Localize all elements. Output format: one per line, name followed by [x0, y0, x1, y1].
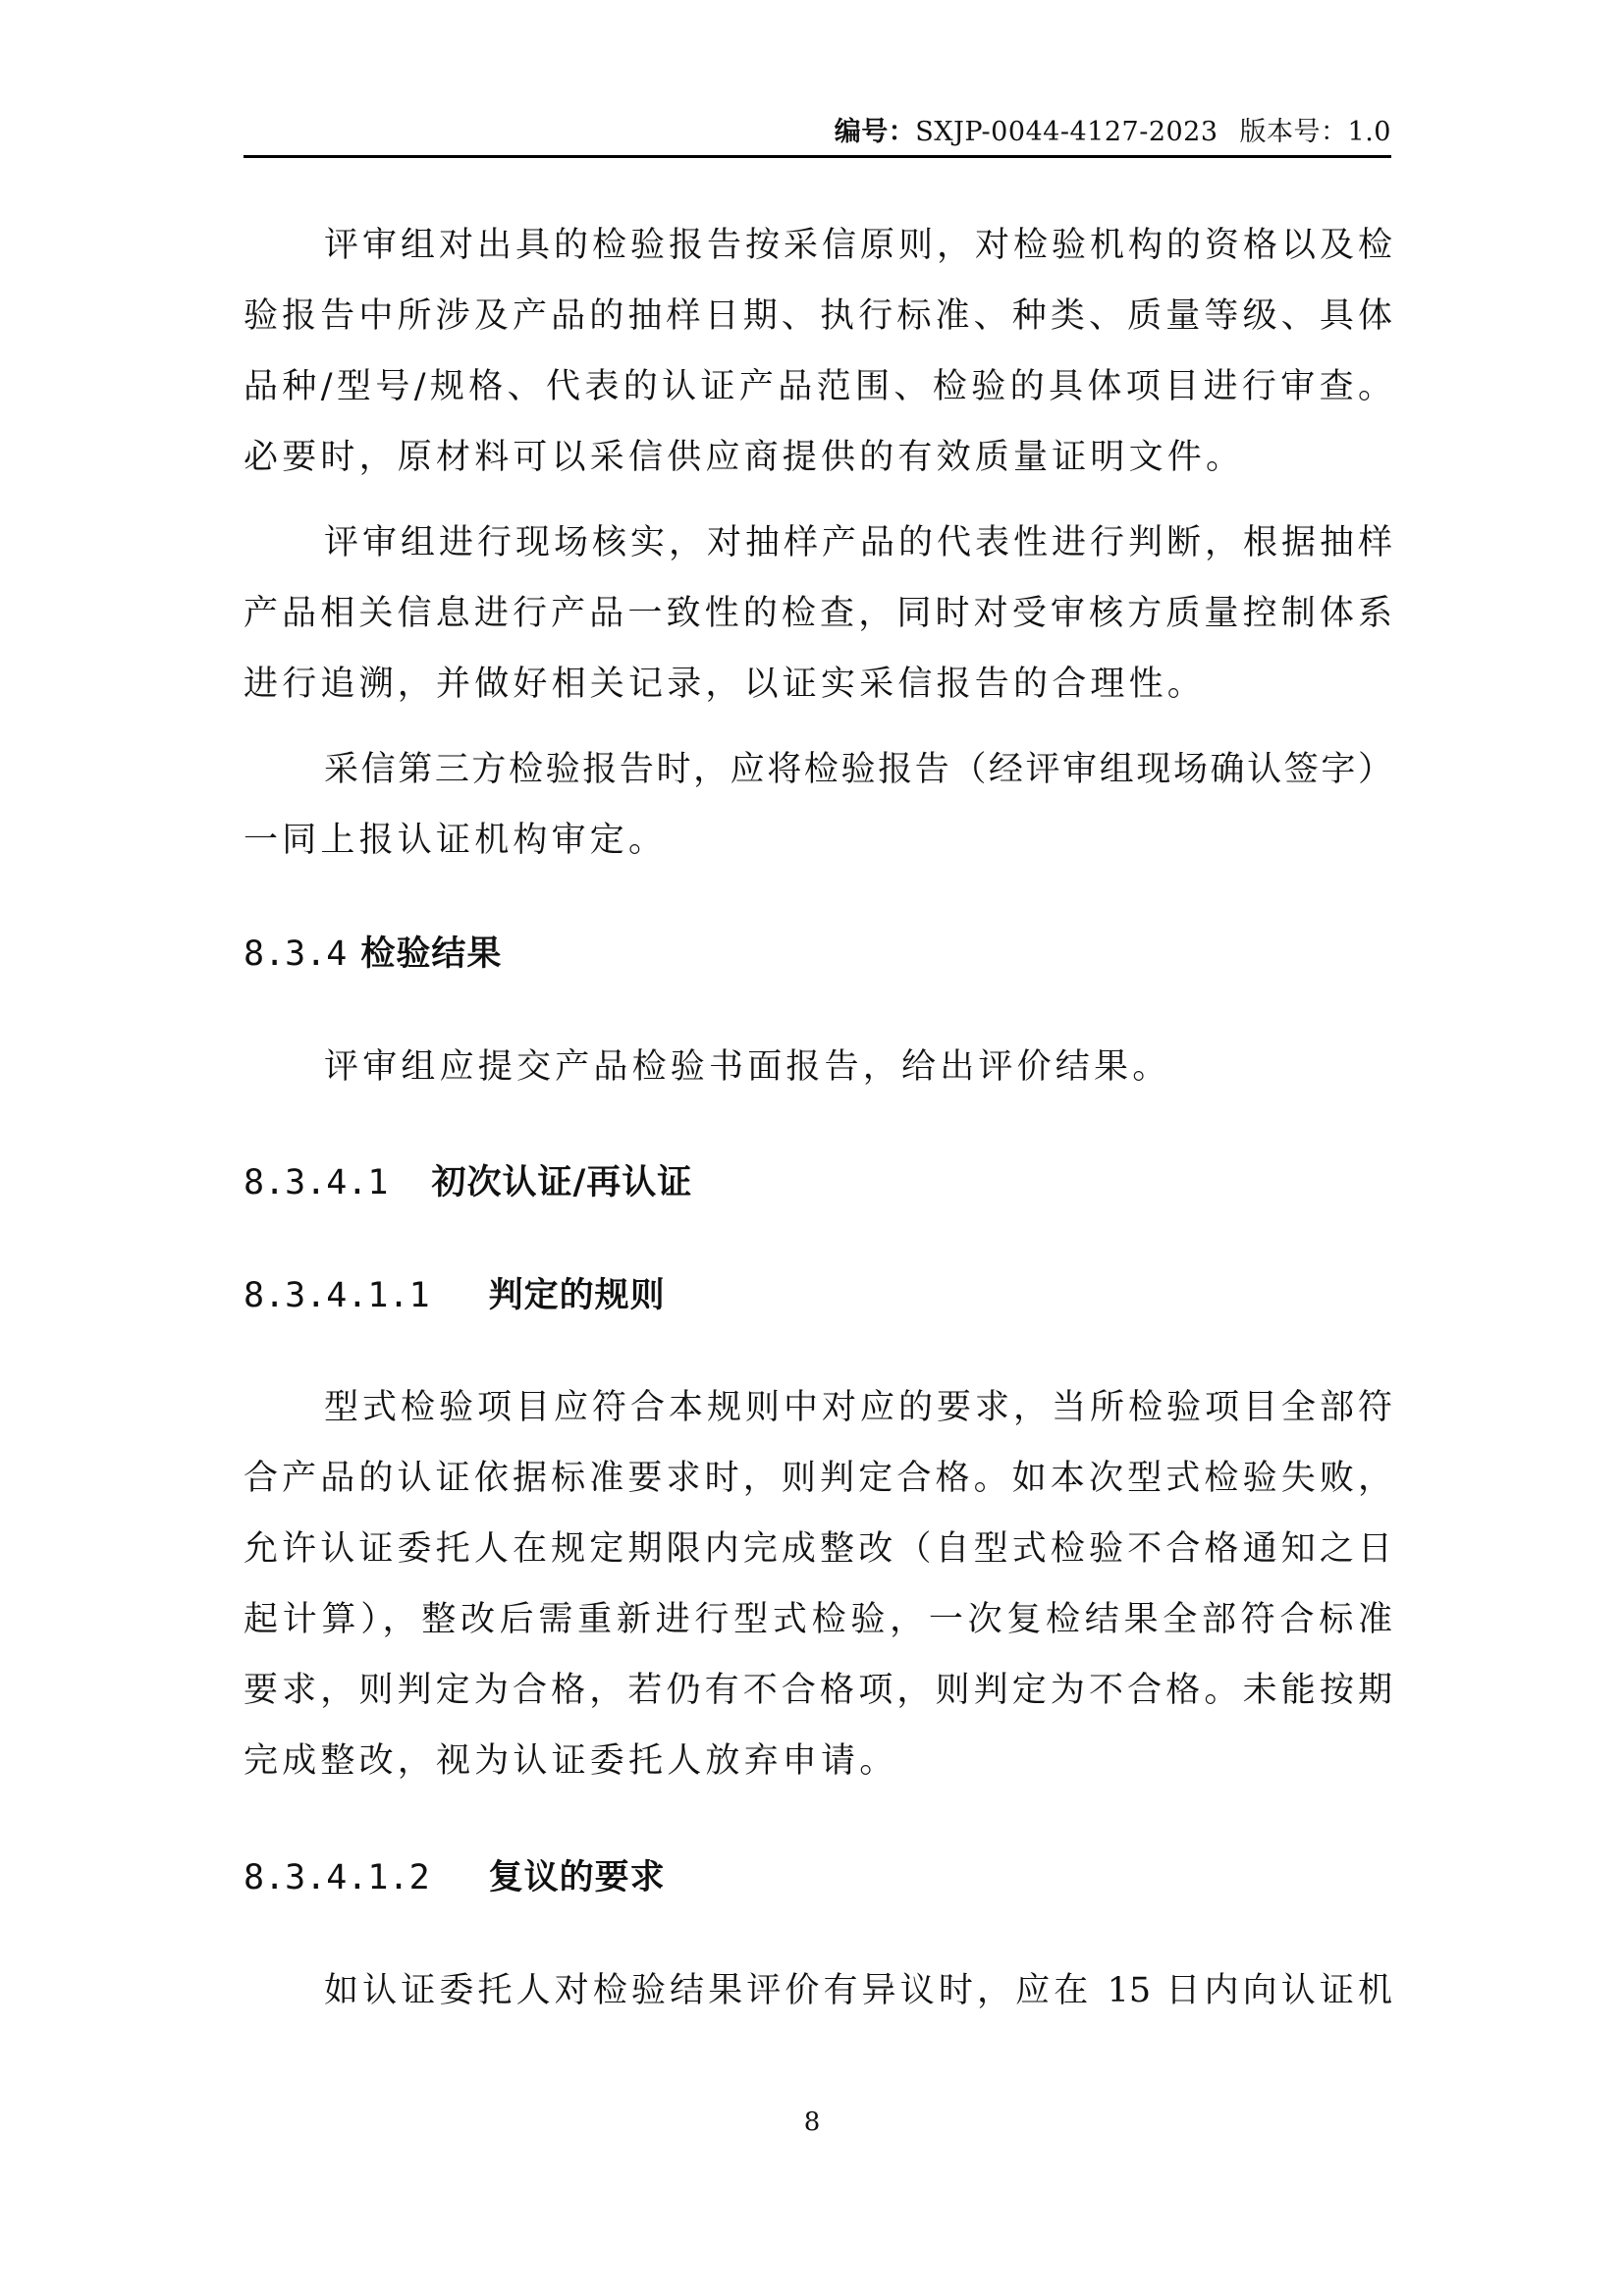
paragraph-line: 必要时，原材料可以采信供应商提供的有效质量证明文件。 — [244, 436, 1392, 479]
paragraph-line: 评审组应提交产品检验书面报告，给出评价结果。 — [324, 1045, 1392, 1089]
header-divider — [244, 155, 1391, 158]
section-title: 复议的要求 — [489, 1857, 666, 1897]
paragraph-line: 一同上报认证机构审定。 — [244, 819, 1392, 862]
section-heading-8-3-4-1-1: 8.3.4.1.1判定的规则 — [244, 1274, 666, 1317]
paragraph-line: 起计算），整改后需重新进行型式检验，一次复检结果全部符合标准 — [244, 1598, 1392, 1641]
section-number: 8.3.4.1 — [244, 1161, 389, 1204]
paragraph-line: 采信第三方检验报告时，应将检验报告（经评审组现场确认签字） — [324, 748, 1392, 791]
section-title: 初次认证/再认证 — [432, 1162, 693, 1202]
paragraph-line: 合产品的认证依据标准要求时，则判定合格。如本次型式检验失败， — [244, 1457, 1392, 1500]
paragraph-line: 型式检验项目应符合本规则中对应的要求，当所检验项目全部符 — [324, 1386, 1392, 1429]
section-heading-8-3-4-1: 8.3.4.1初次认证/再认证 — [244, 1161, 692, 1204]
section-number: 8.3.4 — [244, 933, 347, 976]
paragraph-line: 允许认证委托人在规定期限内完成整改（自型式检验不合格通知之日 — [244, 1527, 1392, 1571]
section-title: 判定的规则 — [489, 1275, 666, 1315]
paragraph-line: 评审组进行现场核实，对抽样产品的代表性进行判断，根据抽样 — [324, 521, 1392, 564]
doc-number: SXJP-0044-4127-2023 — [915, 117, 1218, 147]
section-heading-8-3-4-1-2: 8.3.4.1.2复议的要求 — [244, 1856, 666, 1899]
version-label: 版本号： — [1240, 117, 1348, 147]
section-title: 检验结果 — [360, 934, 502, 974]
paragraph-line: 评审组对出具的检验报告按采信原则，对检验机构的资格以及检 — [324, 224, 1392, 267]
doc-number-label: 编号： — [835, 117, 916, 147]
document-page: 编号：SXJP-0044-4127-2023版本号：1.0 评审组对出具的检验报… — [0, 0, 1624, 2296]
page-number: 8 — [0, 2107, 1624, 2138]
section-number: 8.3.4.1.2 — [244, 1856, 430, 1899]
section-number: 8.3.4.1.1 — [244, 1274, 430, 1317]
paragraph-line: 进行追溯，并做好相关记录，以证实采信报告的合理性。 — [244, 663, 1392, 706]
section-heading-8-3-4: 8.3.4检验结果 — [244, 933, 502, 976]
version-number: 1.0 — [1348, 117, 1391, 147]
paragraph-line: 产品相关信息进行产品一致性的检查，同时对受审核方质量控制体系 — [244, 592, 1392, 635]
paragraph-line: 如认证委托人对检验结果评价有异议时，应在 15 日内向认证机 — [324, 1969, 1392, 2012]
paragraph-line: 验报告中所涉及产品的抽样日期、执行标准、种类、质量等级、具体 — [244, 294, 1392, 338]
paragraph-line: 品种/型号/规格、代表的认证产品范围、检验的具体项目进行审查。 — [244, 365, 1392, 408]
paragraph-line: 完成整改，视为认证委托人放弃申请。 — [244, 1739, 1392, 1783]
paragraph-line: 要求，则判定为合格，若仍有不合格项，则判定为不合格。未能按期 — [244, 1669, 1392, 1712]
page-header: 编号：SXJP-0044-4127-2023版本号：1.0 — [244, 116, 1391, 157]
